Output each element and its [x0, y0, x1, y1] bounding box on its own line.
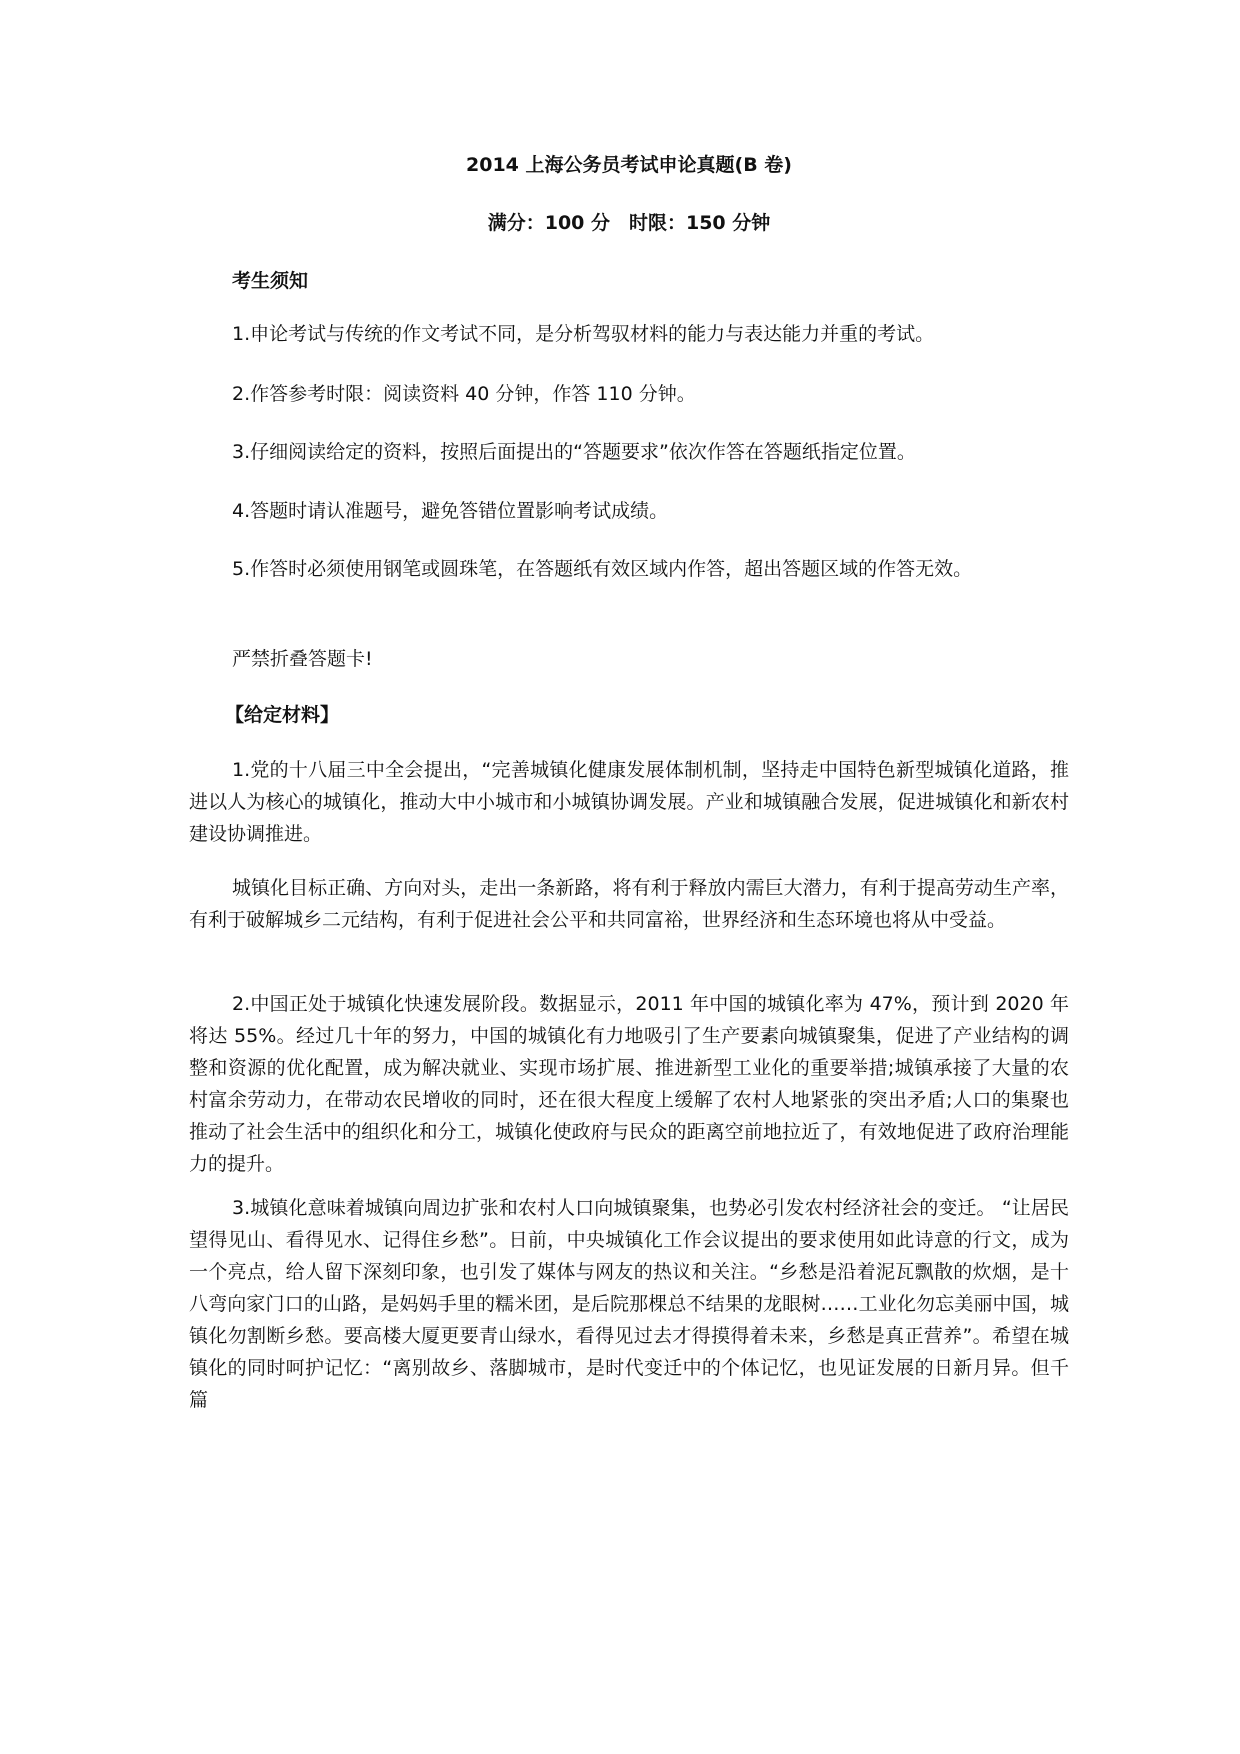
document-subtitle: 满分：100 分 时限：150 分钟 [189, 208, 1069, 235]
notice-item: 4.答题时请认准题号，避免答错位置影响考试成绩。 [189, 495, 1069, 527]
material-paragraph: 2.中国正处于城镇化快速发展阶段。数据显示，2011 年中国的城镇化率为 47%… [189, 988, 1069, 1180]
material-paragraph: 城镇化目标正确、方向对头，走出一条新路，将有利于释放内需巨大潜力，有利于提高劳动… [189, 872, 1069, 936]
material-paragraph: 1.党的十八届三中全会提出，“完善城镇化健康发展体制机制，坚持走中国特色新型城镇… [189, 754, 1069, 850]
notice-item: 2.作答参考时限：阅读资料 40 分钟，作答 110 分钟。 [189, 378, 1069, 410]
document-title: 2014 上海公务员考试申论真题(B 卷) [189, 150, 1069, 177]
warning-text: 严禁折叠答题卡! [189, 643, 1069, 675]
notice-heading: 考生须知 [232, 266, 308, 293]
materials-heading: 【给定材料】 [225, 700, 339, 727]
material-paragraph: 3.城镇化意味着城镇向周边扩张和农村人口向城镇聚集，也势必引发农村经济社会的变迁… [189, 1192, 1069, 1416]
notice-item: 3.仔细阅读给定的资料，按照后面提出的“答题要求”依次作答在答题纸指定位置。 [189, 436, 1069, 468]
notice-item: 5.作答时必须使用钢笔或圆珠笔，在答题纸有效区域内作答，超出答题区域的作答无效。 [189, 553, 1069, 585]
notice-item: 1.申论考试与传统的作文考试不同，是分析驾驭材料的能力与表达能力并重的考试。 [189, 318, 1069, 350]
